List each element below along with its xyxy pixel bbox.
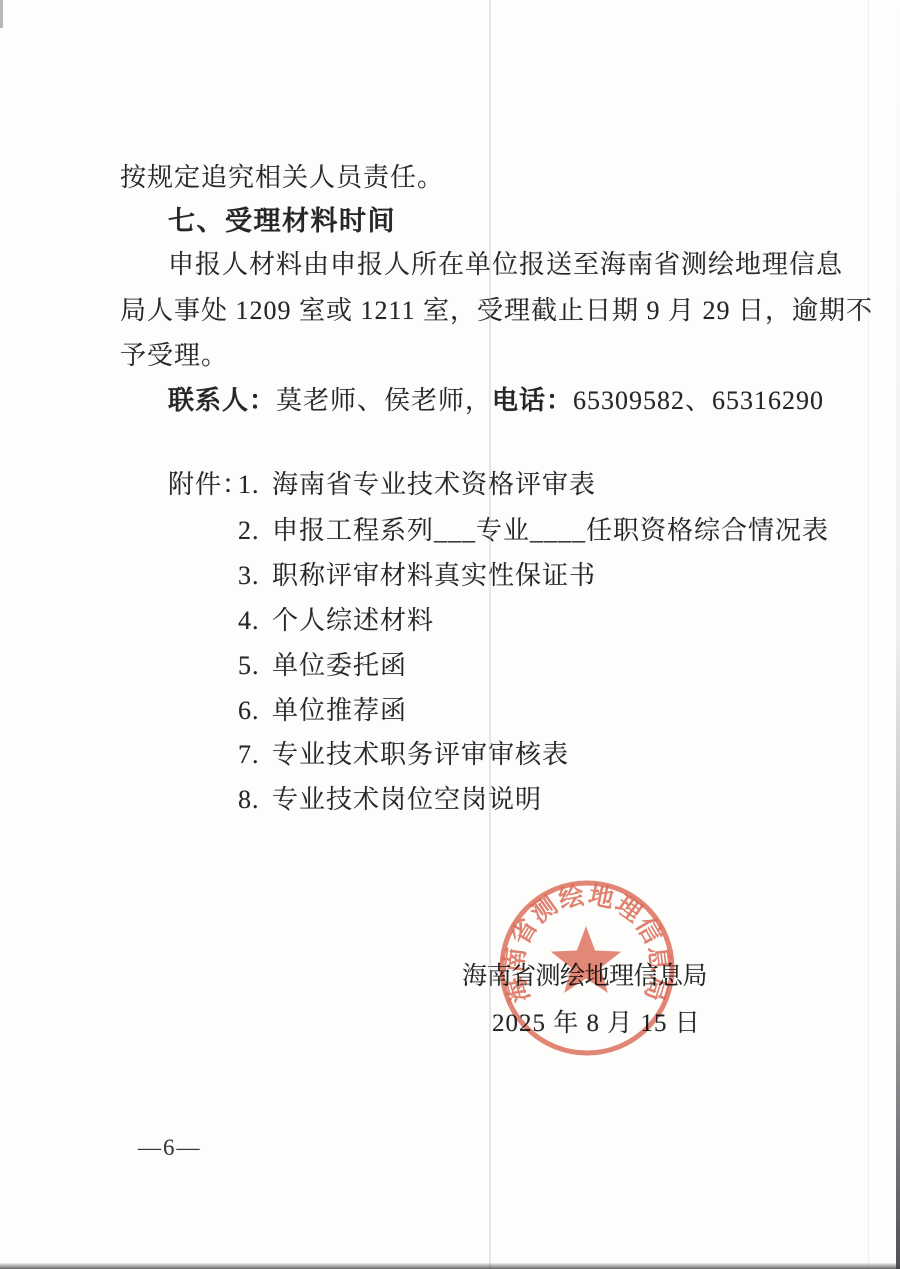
attachment-text: 单位推荐函 (272, 696, 407, 725)
attachments-line-4: 4.个人综述材料 (238, 606, 434, 636)
scan-faint-line (868, 0, 869, 1269)
attachment-number: 3. (238, 561, 272, 591)
paragraph-line-1: 申报人材料由申报人所在单位报送至海南省测绘地理信息 (168, 250, 843, 280)
attachments-line-3: 3.职称评审材料真实性保证书 (238, 561, 596, 591)
attachments-label: 附件： (168, 470, 238, 500)
scan-right-edge-shadow (896, 0, 900, 1269)
attachment-text: 专业技术岗位空岗说明 (272, 785, 542, 814)
official-seal: 海南省测绘地理信息局 (494, 874, 680, 1064)
attachments-line-7: 7.专业技术职务评审审核表 (238, 740, 569, 770)
continuation-line: 按规定追究相关人员责任。 (120, 163, 444, 193)
scanned-document-page: 按规定追究相关人员责任。 七、受理材料时间 申报人材料由申报人所在单位报送至海南… (0, 0, 900, 1269)
contact-label: 联系人： (168, 386, 276, 415)
attachment-number: 1. (238, 470, 272, 500)
contact-line: 联系人：莫老师、侯老师，电话：65309582、65316290 (168, 386, 824, 416)
attachments-line-5: 5.单位委托函 (238, 651, 407, 681)
page-number: —6— (138, 1133, 202, 1163)
attachment-text: 专业技术职务评审审核表 (272, 740, 569, 769)
seal-star (551, 926, 621, 993)
section-heading: 七、受理材料时间 (168, 206, 396, 236)
attachment-number: 2. (238, 516, 272, 546)
attachment-text: 申报工程系列___专业____任职资格综合情况表 (272, 516, 829, 545)
attachment-number: 6. (238, 696, 272, 726)
attachment-number: 5. (238, 651, 272, 681)
scan-top-left-mark (0, 0, 3, 28)
attachment-text: 单位委托函 (272, 651, 407, 680)
phone-numbers: 65309582、65316290 (573, 386, 824, 415)
attachment-number: 7. (238, 740, 272, 770)
paragraph-line-3: 予受理。 (120, 341, 228, 371)
contact-names: 莫老师、侯老师， (276, 386, 492, 415)
attachment-text: 职称评审材料真实性保证书 (272, 561, 596, 590)
scan-fold-line (489, 0, 491, 1269)
attachments-line-6: 6.单位推荐函 (238, 696, 407, 726)
attachments-line-1: 附件：1.海南省专业技术资格评审表 (168, 470, 596, 500)
attachment-number: 4. (238, 606, 272, 636)
scan-bottom-edge-shadow (0, 1263, 900, 1269)
attachment-text: 个人综述材料 (272, 606, 434, 635)
attachment-number: 8. (238, 785, 272, 815)
attachments-line-8: 8.专业技术岗位空岗说明 (238, 785, 542, 815)
paragraph-line-2: 局人事处 1209 室或 1211 室，受理截止日期 9 月 29 日，逾期不 (120, 296, 873, 326)
attachments-line-2: 2.申报工程系列___专业____任职资格综合情况表 (238, 516, 829, 546)
attachment-text: 海南省专业技术资格评审表 (272, 470, 596, 499)
phone-label: 电话： (492, 386, 573, 415)
